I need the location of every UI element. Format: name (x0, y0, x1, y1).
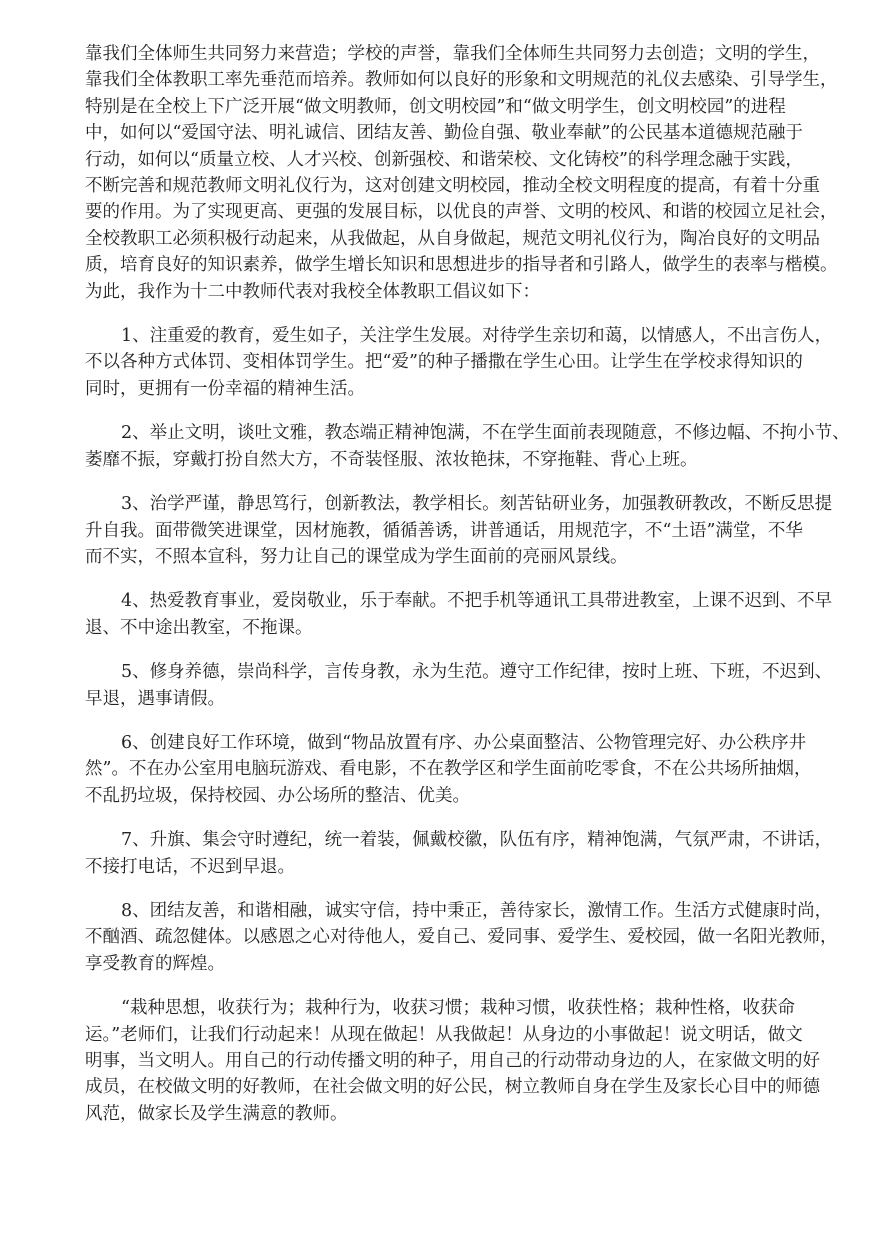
text-line: 而不实，不照本宣科，努力让自己的课堂成为学生面前的亮丽风景线。 (85, 544, 857, 570)
text-line: 靠我们全体师生共同努力来营造；学校的声誉，靠我们全体师生共同努力去创造；文明的学… (85, 41, 857, 67)
text-line: 升自我。面带微笑进课堂，因材施教，循循善诱，讲普通话，用规范字，不“土语”满堂，… (85, 518, 857, 544)
text-line: 早退，遇事请假。 (85, 686, 857, 712)
text-line: 中，如何以“爱国守法、明礼诚信、团结友善、勤俭自强、敬业奉献”的公民基本道德规范… (85, 120, 857, 146)
text-line: 3、治学严谨，静思笃行，创新教法，教学相长。刻苦钻研业务，加强教研教改，不断反思… (85, 491, 857, 517)
proposal-item-1: 1、注重爱的教育，爱生如子，关注学生发展。对待学生亲切和蔼，以情感人，不出言伤人… (85, 323, 857, 402)
closing-paragraph: “栽种思想，收获行为；栽种行为，收获习惯；栽种习惯，收获性格；栽种性格，收获命 … (85, 995, 857, 1127)
text-line: 8、团结友善，和谐相融，诚实守信，持中秉正，善待家长，激情工作。生活方式健康时尚… (85, 898, 857, 924)
text-line: 不以各种方式体罚、变相体罚学生。把“爱”的种子播撒在学生心田。让学生在学校求得知… (85, 349, 857, 375)
text-line: 4、热爱教育事业，爱岗敬业，乐于奉献。不把手机等通讯工具带进教室，上课不迟到、不… (85, 588, 857, 614)
text-line: 成员，在校做文明的好教师，在社会做文明的好公民，树立教师自身在学生及家长心目中的… (85, 1074, 857, 1100)
proposal-item-8: 8、团结友善，和谐相融，诚实守信，持中秉正，善待家长，激情工作。生活方式健康时尚… (85, 898, 857, 977)
text-line: 运。”老师们，让我们行动起来！从现在做起！从我做起！从身边的小事做起！说文明话，… (85, 1022, 857, 1048)
text-line: 要的作用。为了实现更高、更强的发展目标，以优良的声誉、文明的校风、和谐的校园立足… (85, 199, 857, 225)
text-line: 不断完善和规范教师文明礼仪行为，这对创建文明校园，推动全校文明程度的提高，有着十… (85, 173, 857, 199)
text-line: “栽种思想，收获行为；栽种行为，收获习惯；栽种习惯，收获性格；栽种性格，收获命 (85, 995, 857, 1021)
text-line: 行动，如何以“质量立校、人才兴校、创新强校、和谐荣校、文化铸校”的科学理念融于实… (85, 147, 857, 173)
proposal-item-4: 4、热爱教育事业，爱岗敬业，乐于奉献。不把手机等通讯工具带进教室，上课不迟到、不… (85, 588, 857, 641)
text-line: 享受教育的辉煌。 (85, 951, 857, 977)
text-line: 不接打电话，不迟到早退。 (85, 854, 857, 880)
text-line: 然”。不在办公室用电脑玩游戏、看电影，不在教学区和学生面前吃零食，不在公共场所抽… (85, 756, 857, 782)
document-page: 靠我们全体师生共同努力来营造；学校的声誉，靠我们全体师生共同努力去创造；文明的学… (85, 41, 857, 1145)
text-line: 明事，当文明人。用自己的行动传播文明的种子，用自己的行动带动身边的人，在家做文明… (85, 1048, 857, 1074)
text-line: 萎靡不振，穿戴打扮自然大方，不奇装怪服、浓妆艳抹，不穿拖鞋、背心上班。 (85, 447, 857, 473)
text-line: 7、升旗、集会守时遵纪，统一着装，佩戴校徽，队伍有序，精神饱满，气氛严肃，不讲话… (85, 827, 857, 853)
text-line: 为此，我作为十二中教师代表对我校全体教职工倡议如下： (85, 279, 857, 305)
text-line: 1、注重爱的教育，爱生如子，关注学生发展。对待学生亲切和蔼，以情感人，不出言伤人… (85, 323, 857, 349)
text-line: 靠我们全体教职工率先垂范而培养。教师如何以良好的形象和文明规范的礼仪去感染、引导… (85, 67, 857, 93)
text-line: 特别是在全校上下广泛开展“做文明教师，创文明校园”和“做文明学生，创文明校园”的… (85, 94, 857, 120)
proposal-item-7: 7、升旗、集会守时遵纪，统一着装，佩戴校徽，队伍有序，精神饱满，气氛严肃，不讲话… (85, 827, 857, 880)
text-line: 6、创建良好工作环境，做到“物品放置有序、办公桌面整洁、公物管理完好、办公秩序井 (85, 730, 857, 756)
text-line: 质，培育良好的知识素养，做学生增长知识和思想进步的指导者和引路人，做学生的表率与… (85, 252, 857, 278)
proposal-item-5: 5、修身养德，崇尚科学，言传身教，永为生范。遵守工作纪律，按时上班、下班，不迟到… (85, 659, 857, 712)
text-line: 全校教职工必须积极行动起来，从我做起，从自身做起，规范文明礼仪行为，陶冶良好的文… (85, 226, 857, 252)
intro-paragraph: 靠我们全体师生共同努力来营造；学校的声誉，靠我们全体师生共同努力去创造；文明的学… (85, 41, 857, 305)
proposal-item-2: 2、举止文明，谈吐文雅，教态端正精神饱满，不在学生面前表现随意，不修边幅、不拘小… (85, 420, 857, 473)
text-line: 不酗酒、疏忽健体。以感恩之心对待他人，爱自己、爱同事、爱学生、爱校园，做一名阳光… (85, 924, 857, 950)
text-line: 2、举止文明，谈吐文雅，教态端正精神饱满，不在学生面前表现随意，不修边幅、不拘小… (85, 420, 857, 446)
text-line: 5、修身养德，崇尚科学，言传身教，永为生范。遵守工作纪律，按时上班、下班，不迟到… (85, 659, 857, 685)
proposal-item-6: 6、创建良好工作环境，做到“物品放置有序、办公桌面整洁、公物管理完好、办公秩序井… (85, 730, 857, 809)
proposal-item-3: 3、治学严谨，静思笃行，创新教法，教学相长。刻苦钻研业务，加强教研教改，不断反思… (85, 491, 857, 570)
text-line: 同时，更拥有一份幸福的精神生活。 (85, 376, 857, 402)
text-line: 不乱扔垃圾，保持校园、办公场所的整洁、优美。 (85, 783, 857, 809)
text-line: 退、不中途出教室，不拖课。 (85, 615, 857, 641)
text-line: 风范，做家长及学生满意的教师。 (85, 1101, 857, 1127)
